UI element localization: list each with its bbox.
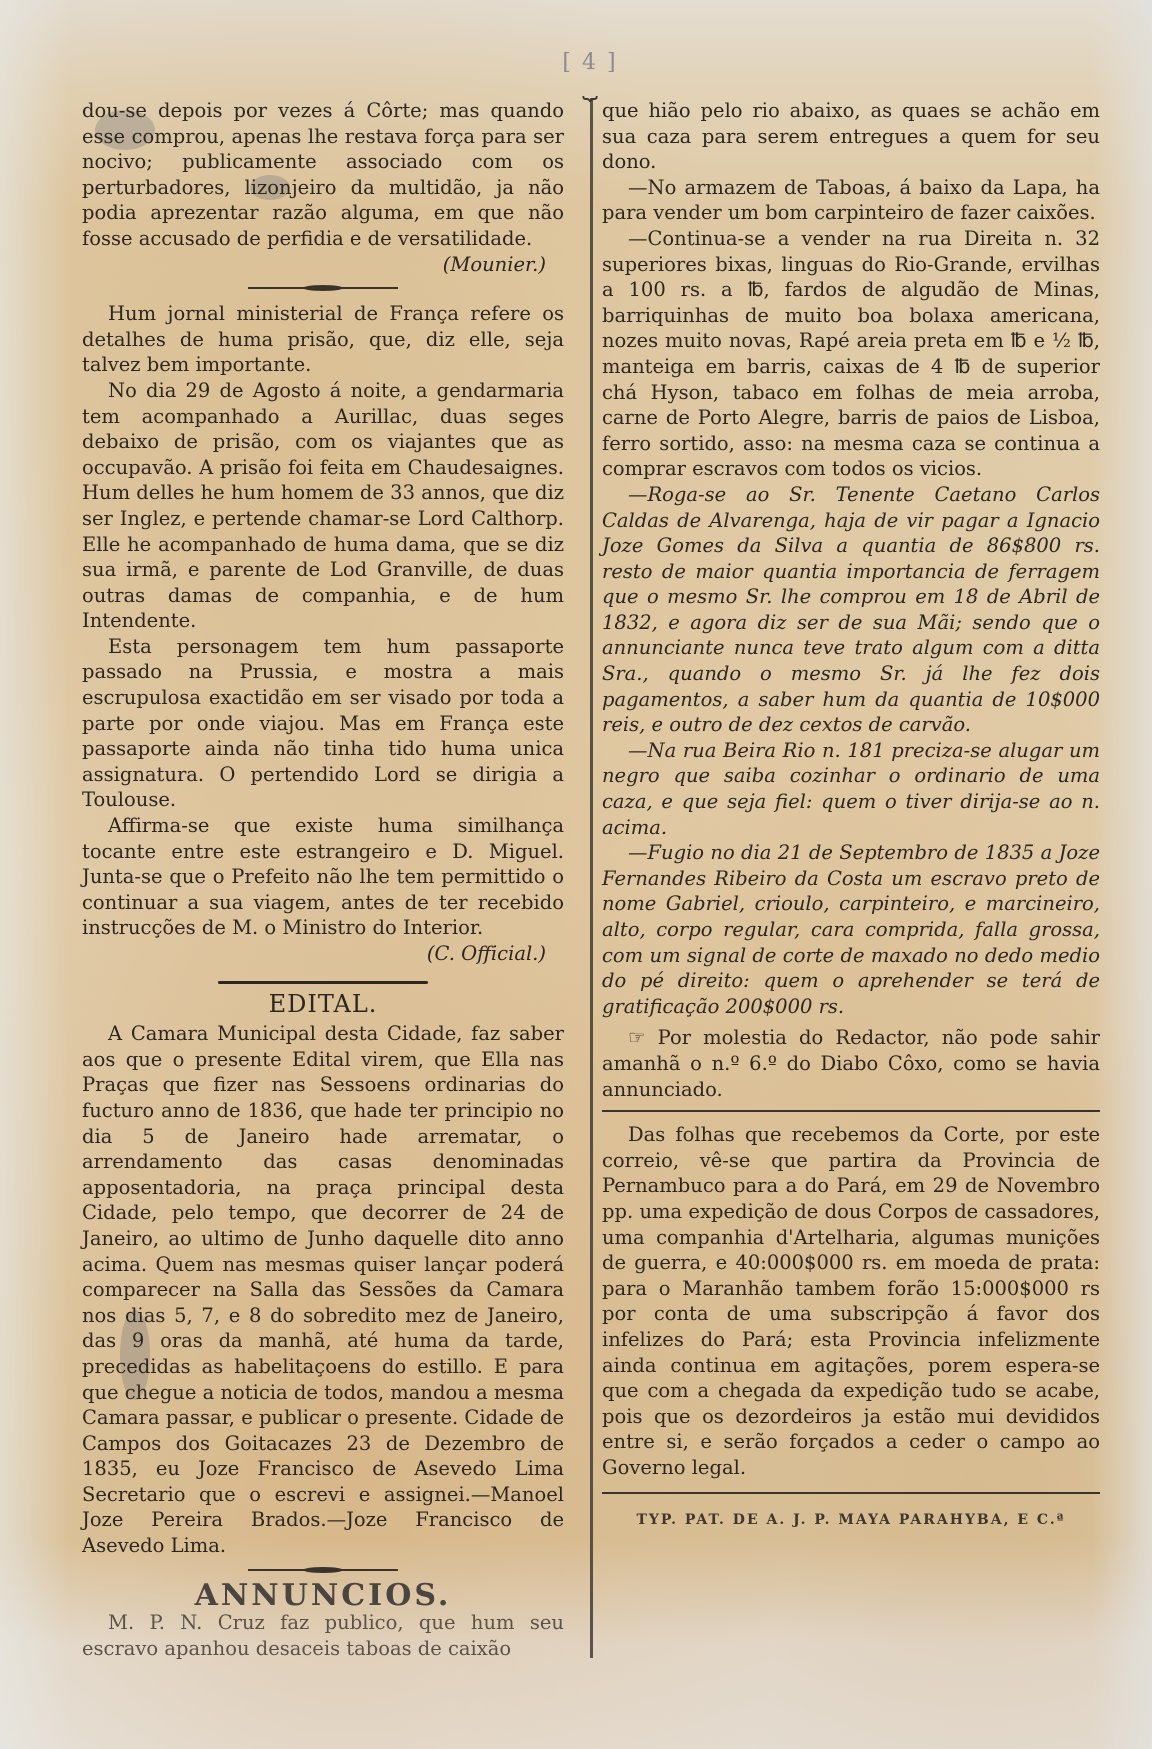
article-attribution: (C. Official.)	[82, 941, 564, 967]
intro-attribution: (Mounier.)	[82, 252, 564, 278]
news-paragraph: Das folhas que recebemos da Corte, por e…	[602, 1122, 1100, 1480]
newspaper-page: [ 4 ] ⏟ dou-se depois por vezes á Côrte;…	[0, 0, 1152, 1749]
annuncios-heading: ANNUNCIOS.	[82, 1583, 564, 1609]
annuncio-first: M. P. N. Cruz faz publico, que hum seu e…	[82, 1610, 564, 1661]
ornament-divider	[248, 285, 398, 291]
intro-paragraph: dou-se depois por vezes á Côrte; mas qua…	[82, 98, 564, 252]
section-divider	[602, 1110, 1100, 1112]
ornament-divider	[248, 1567, 398, 1573]
pointing-hand-icon: ☞	[628, 1026, 645, 1049]
page-edge-left	[0, 0, 70, 1749]
edital-heading: EDITAL.	[82, 992, 564, 1018]
section-divider	[218, 981, 428, 984]
page-edge-right	[1092, 0, 1152, 1749]
edital-body: A Camara Municipal desta Cidade, faz sab…	[82, 1021, 564, 1558]
article-paragraph: Affirma-se que existe huma similhança to…	[82, 813, 564, 941]
ad-continuation: que hião pelo rio abaixo, as quaes se ac…	[602, 98, 1100, 175]
column-divider	[590, 98, 593, 1658]
ad-rua-beira-rio: —Na rua Beira Rio n. 181 preciza-se alug…	[602, 738, 1100, 840]
footer-rule	[602, 1492, 1100, 1494]
notice-redactor: ☞ Por molestia do Redactor, não pode sah…	[602, 1025, 1100, 1102]
left-column: dou-se depois por vezes á Côrte; mas qua…	[82, 98, 564, 1661]
page-number-brace-ornament: ⏟	[545, 76, 635, 96]
article-paragraph: Esta personagem tem hum passaporte passa…	[82, 634, 564, 813]
ad-rua-direita: —Continua-se a vender na rua Direita n. …	[602, 226, 1100, 482]
notice-text: Por molestia do Redactor, não pode sahir…	[602, 1026, 1100, 1100]
ad-fugio: —Fugio no dia 21 de Septembro de 1835 a …	[602, 840, 1100, 1019]
ad-armazem-taboas: —No armazem de Taboas, á baixo da Lapa, …	[602, 175, 1100, 226]
ad-roga-se: —Roga-se ao Sr. Tenente Caetano Carlos C…	[602, 482, 1100, 738]
right-column: que hião pelo rio abaixo, as quaes se ac…	[602, 98, 1100, 1534]
printer-imprint: TYP. PAT. DE A. J. P. MAYA PARAHYBA, E C…	[602, 1508, 1100, 1534]
article-paragraph: No dia 29 de Agosto á noite, a gendarmar…	[82, 378, 564, 634]
article-paragraph: Hum jornal ministerial de França refere …	[82, 301, 564, 378]
